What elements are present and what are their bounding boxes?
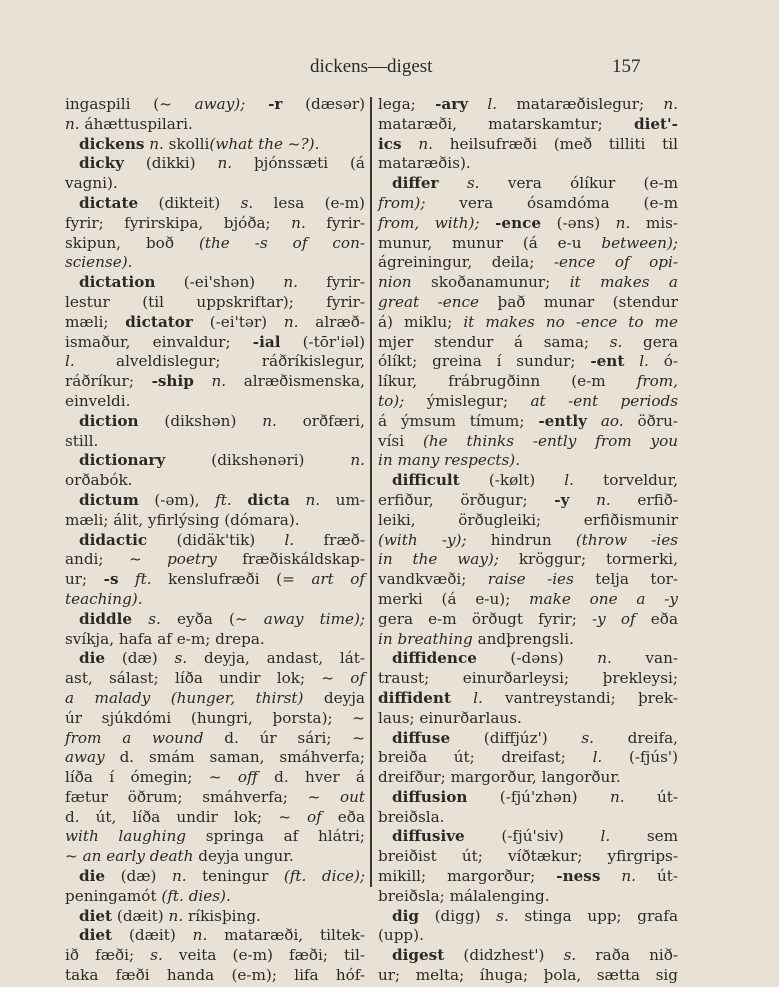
italic-text: l.: [487, 95, 497, 113]
text-line: n. áhættuspilari.: [65, 115, 365, 135]
text-run: dreifður; margorður, langorður.: [378, 768, 621, 786]
text-line: svíkja, hafa af e-m; drepa.: [65, 630, 365, 650]
text-line: ið fæði; s. veita (e-m) fæði; til-: [65, 946, 365, 966]
italic-text: n.: [610, 788, 625, 806]
text-run: (-əm),: [139, 491, 215, 509]
italic-text: n.: [217, 154, 232, 172]
text-run: raða nið-: [576, 946, 678, 964]
text-run: út-: [636, 867, 678, 885]
text-line: dictionary (dikshənəri) n.: [65, 451, 365, 471]
text-line: dictation (-ei'shən) n. fyrir-: [65, 273, 365, 293]
text-run: gera: [622, 333, 678, 351]
text-run: (dikteit): [138, 194, 240, 212]
text-line: dickens n. skolli(what the ~?).: [65, 135, 365, 155]
text-run: eða: [322, 808, 365, 826]
italic-text: n.: [262, 412, 277, 430]
text-line: diction (dikshən) n. orðfæri,: [65, 412, 365, 432]
text-run: út-: [625, 788, 678, 806]
text-line: away d. smám saman, smáhverfa;: [65, 748, 365, 768]
headword: -s: [104, 570, 119, 588]
italic-text: n.: [621, 867, 636, 885]
text-line: l. alveldislegur; ráðríkislegur,: [65, 352, 365, 372]
text-line: ólíkt; greina í sundur; -ent l. ó-: [378, 352, 678, 372]
column-divider: [370, 97, 372, 887]
headword: -ent: [590, 352, 624, 370]
italic-text: (the -s of con-: [199, 234, 365, 252]
italic-text: raise -ies: [488, 570, 574, 588]
text-line: vísi (he thinks -ently from you: [378, 432, 678, 452]
text-run: fræðiskáldskap-: [217, 550, 365, 568]
headword: dictionary: [79, 451, 165, 469]
headword: diet: [79, 907, 112, 925]
text-run: það munar (stendur: [479, 293, 678, 311]
text-line: vagni).: [65, 174, 365, 194]
text-run: fyrir-: [306, 214, 365, 232]
text-line: mataræðis).: [378, 154, 678, 174]
text-run: vantreystandi; þrek-: [483, 689, 678, 707]
text-run: merki (á e-u);: [378, 590, 529, 608]
text-line: ágreiningur, deila; -ence of opi-: [378, 253, 678, 273]
page-number: 157: [612, 56, 641, 78]
text-line: mikill; margorður; -ness n. út-: [378, 867, 678, 887]
text-run: [468, 95, 487, 113]
italic-text: n.: [616, 214, 631, 232]
text-run: áhættuspilari.: [80, 115, 193, 133]
headword: -ence: [495, 214, 541, 232]
text-run: peningamót: [65, 887, 161, 905]
italic-text: in the way);: [378, 550, 499, 568]
text-run: ismaður, einvaldur;: [65, 333, 253, 351]
text-line: in breathing andþrengsli.: [378, 630, 678, 650]
text-run: líkur, frábrugðinn (e-m: [378, 372, 637, 390]
italic-text: n.: [597, 649, 612, 667]
text-run: munur, munur (á e-u: [378, 234, 601, 252]
text-run: ur; melta; íhuga; þola, sætta sig: [378, 966, 678, 984]
text-run: (dikshənəri): [165, 451, 350, 469]
text-run: alræðismenska,: [226, 372, 365, 390]
text-run: fræð-: [294, 531, 365, 549]
italic-text: l.: [285, 531, 295, 549]
text-run: teningur: [187, 867, 284, 885]
text-run: kröggur; tormerki,: [499, 550, 678, 568]
text-run: laus; einurðarlaus.: [378, 709, 522, 727]
text-line: ur; -s ft. kenslufræði (= art of: [65, 570, 365, 590]
italic-text: art of: [311, 570, 365, 588]
text-line: orðabók.: [65, 471, 365, 491]
italic-text: l.: [601, 827, 611, 845]
italic-text: s.: [564, 946, 577, 964]
headword: die: [79, 649, 105, 667]
text-run: vera ósamdóma (e-m: [425, 194, 678, 212]
italic-text: n.: [169, 907, 184, 925]
text-line: with laughing springa af hlátri;: [65, 827, 365, 847]
text-line: (with -y); hindrun (throw -ies: [378, 531, 678, 551]
headword: diffusive: [392, 827, 465, 845]
text-run: (dikki): [124, 154, 217, 172]
text-run: [119, 570, 136, 588]
running-title: dickens—digest: [310, 56, 432, 78]
text-run: still.: [65, 432, 98, 450]
text-run: orðfæri,: [277, 412, 365, 430]
text-run: orðabók.: [65, 471, 133, 489]
text-run: [569, 491, 596, 509]
text-run: (didzhest'): [444, 946, 563, 964]
headword: diet: [79, 926, 112, 944]
text-line: á ýmsum tímum; -ently ao. öðru-: [378, 412, 678, 432]
text-run: ur;: [65, 570, 104, 588]
headword: diffidence: [392, 649, 477, 667]
text-run: mæli;: [65, 313, 125, 331]
italic-text: s.: [496, 907, 509, 925]
text-run: mjer stendur á sama;: [378, 333, 610, 351]
text-run: erfiður, örðugur;: [378, 491, 554, 509]
text-line: laus; einurðarlaus.: [378, 709, 678, 729]
italic-text: -ence of opi-: [554, 253, 678, 271]
text-run: sem: [610, 827, 678, 845]
text-line: from a wound d. úr sári; ~: [65, 729, 365, 749]
text-line: leiki, örðugleiki; erfiðismunir: [378, 511, 678, 531]
text-run: einveldi.: [65, 392, 130, 410]
text-line: didactic (didäk'tik) l. fræð-: [65, 531, 365, 551]
italic-text: away time);: [264, 610, 365, 628]
text-line: gera e-m örðugt fyrir; -y of eða: [378, 610, 678, 630]
text-run: [194, 372, 212, 390]
text-run: ast, sálast; líða undir lok; ~: [65, 669, 350, 687]
text-run: erfið-: [611, 491, 678, 509]
italic-text: teaching).: [65, 590, 143, 608]
italic-text: nion: [378, 273, 412, 291]
text-run: (dæit): [112, 907, 168, 925]
italic-text: in breathing: [378, 630, 473, 648]
headword: diet'-: [634, 115, 678, 133]
headword: didactic: [79, 531, 147, 549]
text-run: eða: [636, 610, 678, 628]
italic-text: s.: [610, 333, 623, 351]
text-line: ur; melta; íhuga; þola, sætta sig: [378, 966, 678, 986]
italic-text: ft.: [215, 491, 232, 509]
headword: dictation: [79, 273, 155, 291]
text-run: mis-: [630, 214, 678, 232]
text-line: vandkvæði; raise -ies telja tor-: [378, 570, 678, 590]
text-run: leiki, örðugleiki; erfiðismunir: [378, 511, 678, 529]
italic-text: it makes no -ence to me: [463, 313, 678, 331]
left-column: ingaspili (~ away); -r (dæsər)n. áhættus…: [65, 95, 365, 986]
text-line: líða í ómegin; ~ off d. hver á: [65, 768, 365, 788]
text-line: die (dæ) n. teningur (ft. dice);: [65, 867, 365, 887]
italic-text: n.: [418, 135, 433, 153]
italic-text: (he thinks -ently from you: [423, 432, 678, 450]
text-run: (-fjú'zhən): [467, 788, 610, 806]
italic-text: s.: [467, 174, 480, 192]
text-line: differ s. vera ólíkur (e-m: [378, 174, 678, 194]
italic-text: n.: [193, 926, 208, 944]
italic-text: n.: [172, 867, 187, 885]
text-run: (dæ): [105, 649, 174, 667]
text-run: öðru-: [624, 412, 678, 430]
text-run: vandkvæði;: [378, 570, 488, 588]
text-run: [402, 135, 419, 153]
text-run: vera ólíkur (e-m: [480, 174, 679, 192]
text-line: (upp).: [378, 926, 678, 946]
italic-text: of: [350, 669, 365, 687]
text-run: ríkisþing.: [183, 907, 261, 925]
text-run: alveldislegur; ráðríkislegur,: [75, 352, 365, 370]
text-line: diffusive (-fjú'siv) l. sem: [378, 827, 678, 847]
italic-text: (what the ~?).: [209, 135, 319, 153]
italic-text: (ft. dies).: [161, 887, 230, 905]
italic-text: n.: [596, 491, 611, 509]
italic-text: n.: [65, 115, 80, 133]
text-line: to); ýmislegur; at -ent periods: [378, 392, 678, 412]
headword: difficult: [392, 471, 460, 489]
text-line: nion skoðanamunur; it makes a: [378, 273, 678, 293]
text-run: [232, 491, 248, 509]
text-run: (-ei'tər): [193, 313, 284, 331]
text-run: (upp).: [378, 926, 424, 944]
text-run: um-: [320, 491, 365, 509]
text-line: ics n. heilsufræði (með tilliti til: [378, 135, 678, 155]
text-line: dig (digg) s. stinga upp; grafa: [378, 907, 678, 927]
text-line: peningamót (ft. dies).: [65, 887, 365, 907]
text-line: die (dæ) s. deyja, andast, lát-: [65, 649, 365, 669]
text-line: d. út, líða undir lok; ~ of eða: [65, 808, 365, 828]
text-line: merki (á e-u); make one a -y: [378, 590, 678, 610]
italic-text: l.: [639, 352, 649, 370]
italic-text: of: [307, 808, 322, 826]
text-run: (-fjús'): [602, 748, 678, 766]
italic-text: at -ent periods: [531, 392, 679, 410]
text-run: heilsufræði (með tilliti til: [433, 135, 678, 153]
text-run: taka fæði handa (e-m); lifa hóf-: [65, 966, 365, 984]
headword: -ial: [253, 333, 281, 351]
text-run: ágreiningur, deila;: [378, 253, 554, 271]
text-run: skoðanamunur;: [412, 273, 570, 291]
text-line: a malady (hunger, thirst) deyja: [65, 689, 365, 709]
text-line: digest (didzhest') s. raða nið-: [378, 946, 678, 966]
text-line: mæli; dictator (-ei'tər) n. alræð-: [65, 313, 365, 333]
text-run: skipun, boð: [65, 234, 199, 252]
italic-text: l.: [473, 689, 483, 707]
italic-text: s.: [241, 194, 254, 212]
italic-text: out: [340, 788, 365, 806]
text-run: (dæsər): [282, 95, 365, 113]
italic-text: l.: [593, 748, 603, 766]
text-run: úr sjúkdómi (hungri, þorsta); ~: [65, 709, 365, 727]
text-line: dicky (dikki) n. þjónssæti (á: [65, 154, 365, 174]
italic-text: s.: [175, 649, 188, 667]
text-run: (dikshən): [139, 412, 263, 430]
text-line: dictate (dikteit) s. lesa (e-m): [65, 194, 365, 214]
text-run: (-fjú'siv): [465, 827, 601, 845]
italic-text: (throw -ies: [576, 531, 678, 549]
headword: diffident: [378, 689, 451, 707]
text-line: traust; einurðarleysi; þrekleysi;: [378, 669, 678, 689]
italic-text: n.: [284, 313, 299, 331]
text-line: breiðsla; málalenging.: [378, 887, 678, 907]
text-line: sciense).: [65, 253, 365, 273]
italic-text: ao.: [601, 412, 624, 430]
text-line: diffidence (-dəns) n. van-: [378, 649, 678, 669]
headword: ics: [378, 135, 402, 153]
text-run: á ýmsum tímum;: [378, 412, 538, 430]
headword: dig: [392, 907, 419, 925]
text-line: mæli; álit, yfirlýsing (dómara).: [65, 511, 365, 531]
headword: diffuse: [392, 729, 450, 747]
italic-text: from, with);: [378, 214, 480, 232]
text-run: (didäk'tik): [147, 531, 284, 549]
headword: -ship: [152, 372, 194, 390]
italic-text: sciense).: [65, 253, 132, 271]
text-line: great -ence það munar (stendur: [378, 293, 678, 313]
text-run: deyja: [303, 689, 365, 707]
dictionary-page: dickens—digest 157 ingaspili (~ away); -…: [0, 0, 779, 987]
text-run: [245, 95, 268, 113]
headword: dictum: [79, 491, 139, 509]
text-run: [439, 174, 467, 192]
text-line: ~ an early death deyja ungur.: [65, 847, 365, 867]
text-run: lega;: [378, 95, 435, 113]
text-run: dreifa,: [594, 729, 678, 747]
headword: diddle: [79, 610, 132, 628]
headword: -r: [268, 95, 282, 113]
text-line: in many respects).: [378, 451, 678, 471]
text-run: [290, 491, 306, 509]
italic-text: -y of: [592, 610, 636, 628]
text-run: breiðist út; víðtækur; yfirgrips-: [378, 847, 678, 865]
text-run: [132, 610, 148, 628]
text-run: þjónssæti (á: [232, 154, 365, 172]
text-line: dreifður; margorður, langorður.: [378, 768, 678, 788]
text-run: vagni).: [65, 174, 118, 192]
headword: die: [79, 867, 105, 885]
italic-text: (with -y);: [378, 531, 467, 549]
text-line: mjer stendur á sama; s. gera: [378, 333, 678, 353]
headword: differ: [392, 174, 439, 192]
text-run: (diffjúz'): [450, 729, 581, 747]
italic-text: s.: [150, 946, 163, 964]
text-line: diet (dæit) n. ríkisþing.: [65, 907, 365, 927]
text-run: d. smám saman, smáhverfa;: [105, 748, 365, 766]
italic-text: n.: [291, 214, 306, 232]
text-run: alræð-: [298, 313, 365, 331]
text-line: dictum (-əm), ft. dicta n. um-: [65, 491, 365, 511]
text-run: (-tōr'iəl): [280, 333, 365, 351]
italic-text: from a wound: [65, 729, 203, 747]
italic-text: off: [238, 768, 258, 786]
text-run: lesa (e-m): [253, 194, 365, 212]
text-run: stinga upp; grafa: [509, 907, 678, 925]
text-run: [600, 867, 621, 885]
text-run: skolli: [164, 135, 210, 153]
italic-text: a malady (hunger, thirst): [65, 689, 303, 707]
text-line: einveldi.: [65, 392, 365, 412]
text-run: mataræði, tiltek-: [207, 926, 365, 944]
text-run: springa af hlátri;: [186, 827, 365, 845]
text-line: líkur, frábrugðinn (e-m from,: [378, 372, 678, 392]
italic-text: s.: [581, 729, 594, 747]
text-line: ast, sálast; líða undir lok; ~ of: [65, 669, 365, 689]
text-line: erfiður, örðugur; -y n. erfið-: [378, 491, 678, 511]
text-line: fyrir; fyrirskipa, bjóða; n. fyrir-: [65, 214, 365, 234]
text-line: fætur öðrum; smáhverfa; ~ out: [65, 788, 365, 808]
text-run: lestur (til uppskriftar); fyrir-: [65, 293, 365, 311]
italic-text: away: [65, 748, 105, 766]
text-run: [587, 412, 601, 430]
text-run: ýmislegur;: [404, 392, 530, 410]
text-run: deyja ungur.: [193, 847, 293, 865]
text-run: breiða út; dreifast;: [378, 748, 593, 766]
text-line: from, with); -ence (-əns) n. mis-: [378, 214, 678, 234]
italic-text: n.: [663, 95, 678, 113]
headword: -ness: [556, 867, 600, 885]
italic-text: l.: [564, 471, 574, 489]
headword: dicky: [79, 154, 124, 172]
text-run: á) miklu;: [378, 313, 463, 331]
italic-text: n.: [305, 491, 320, 509]
text-line: skipun, boð (the -s of con-: [65, 234, 365, 254]
text-run: fætur öðrum; smáhverfa; ~: [65, 788, 340, 806]
italic-text: poetry: [167, 550, 217, 568]
italic-text: an early death: [83, 847, 194, 865]
text-line: taka fæði handa (e-m); lifa hóf-: [65, 966, 365, 986]
text-run: d. úr sári; ~: [203, 729, 365, 747]
text-run: ~: [65, 847, 83, 865]
headword: dictate: [79, 194, 138, 212]
text-run: andi; ~: [65, 550, 167, 568]
text-run: van-: [612, 649, 678, 667]
headword: diffusion: [392, 788, 467, 806]
text-run: mataræðislegur;: [497, 95, 663, 113]
italic-text: away);: [195, 95, 246, 113]
text-run: ó-: [649, 352, 678, 370]
text-run: (-əns): [541, 214, 616, 232]
text-run: mæli; álit, yfirlýsing (dómara).: [65, 511, 300, 529]
headword: digest: [392, 946, 444, 964]
italic-text: great -ence: [378, 293, 479, 311]
text-run: [451, 689, 473, 707]
text-line: in the way); kröggur; tormerki,: [378, 550, 678, 570]
headword: dicta: [247, 491, 290, 509]
italic-text: l.: [65, 352, 75, 370]
text-run: [480, 214, 496, 232]
text-line: still.: [65, 432, 365, 452]
text-run: (dæ): [105, 867, 172, 885]
text-run: hindrun: [467, 531, 576, 549]
italic-text: to);: [378, 392, 404, 410]
italic-text: n.: [149, 135, 164, 153]
running-header: dickens—digest 157: [0, 56, 779, 86]
text-run: gera e-m örðugt fyrir;: [378, 610, 592, 628]
text-line: á) miklu; it makes no -ence to me: [378, 313, 678, 333]
text-run: mikill; margorður;: [378, 867, 556, 885]
text-line: from); vera ósamdóma (e-m: [378, 194, 678, 214]
text-run: vísi: [378, 432, 423, 450]
text-run: (dæit): [112, 926, 193, 944]
italic-text: from,: [637, 372, 678, 390]
text-line: breiðist út; víðtækur; yfirgrips-: [378, 847, 678, 867]
text-line: diddle s. eyða (~ away time);: [65, 610, 365, 630]
text-run: mataræðis).: [378, 154, 471, 172]
italic-text: between);: [601, 234, 678, 252]
text-line: lestur (til uppskriftar); fyrir-: [65, 293, 365, 313]
text-run: ráðríkur;: [65, 372, 152, 390]
headword: -ently: [538, 412, 587, 430]
text-run: kenslufræði (=: [152, 570, 312, 588]
italic-text: n.: [211, 372, 226, 390]
italic-text: make one a -y: [529, 590, 678, 608]
text-line: munur, munur (á e-u between);: [378, 234, 678, 254]
text-line: úr sjúkdómi (hungri, þorsta); ~: [65, 709, 365, 729]
